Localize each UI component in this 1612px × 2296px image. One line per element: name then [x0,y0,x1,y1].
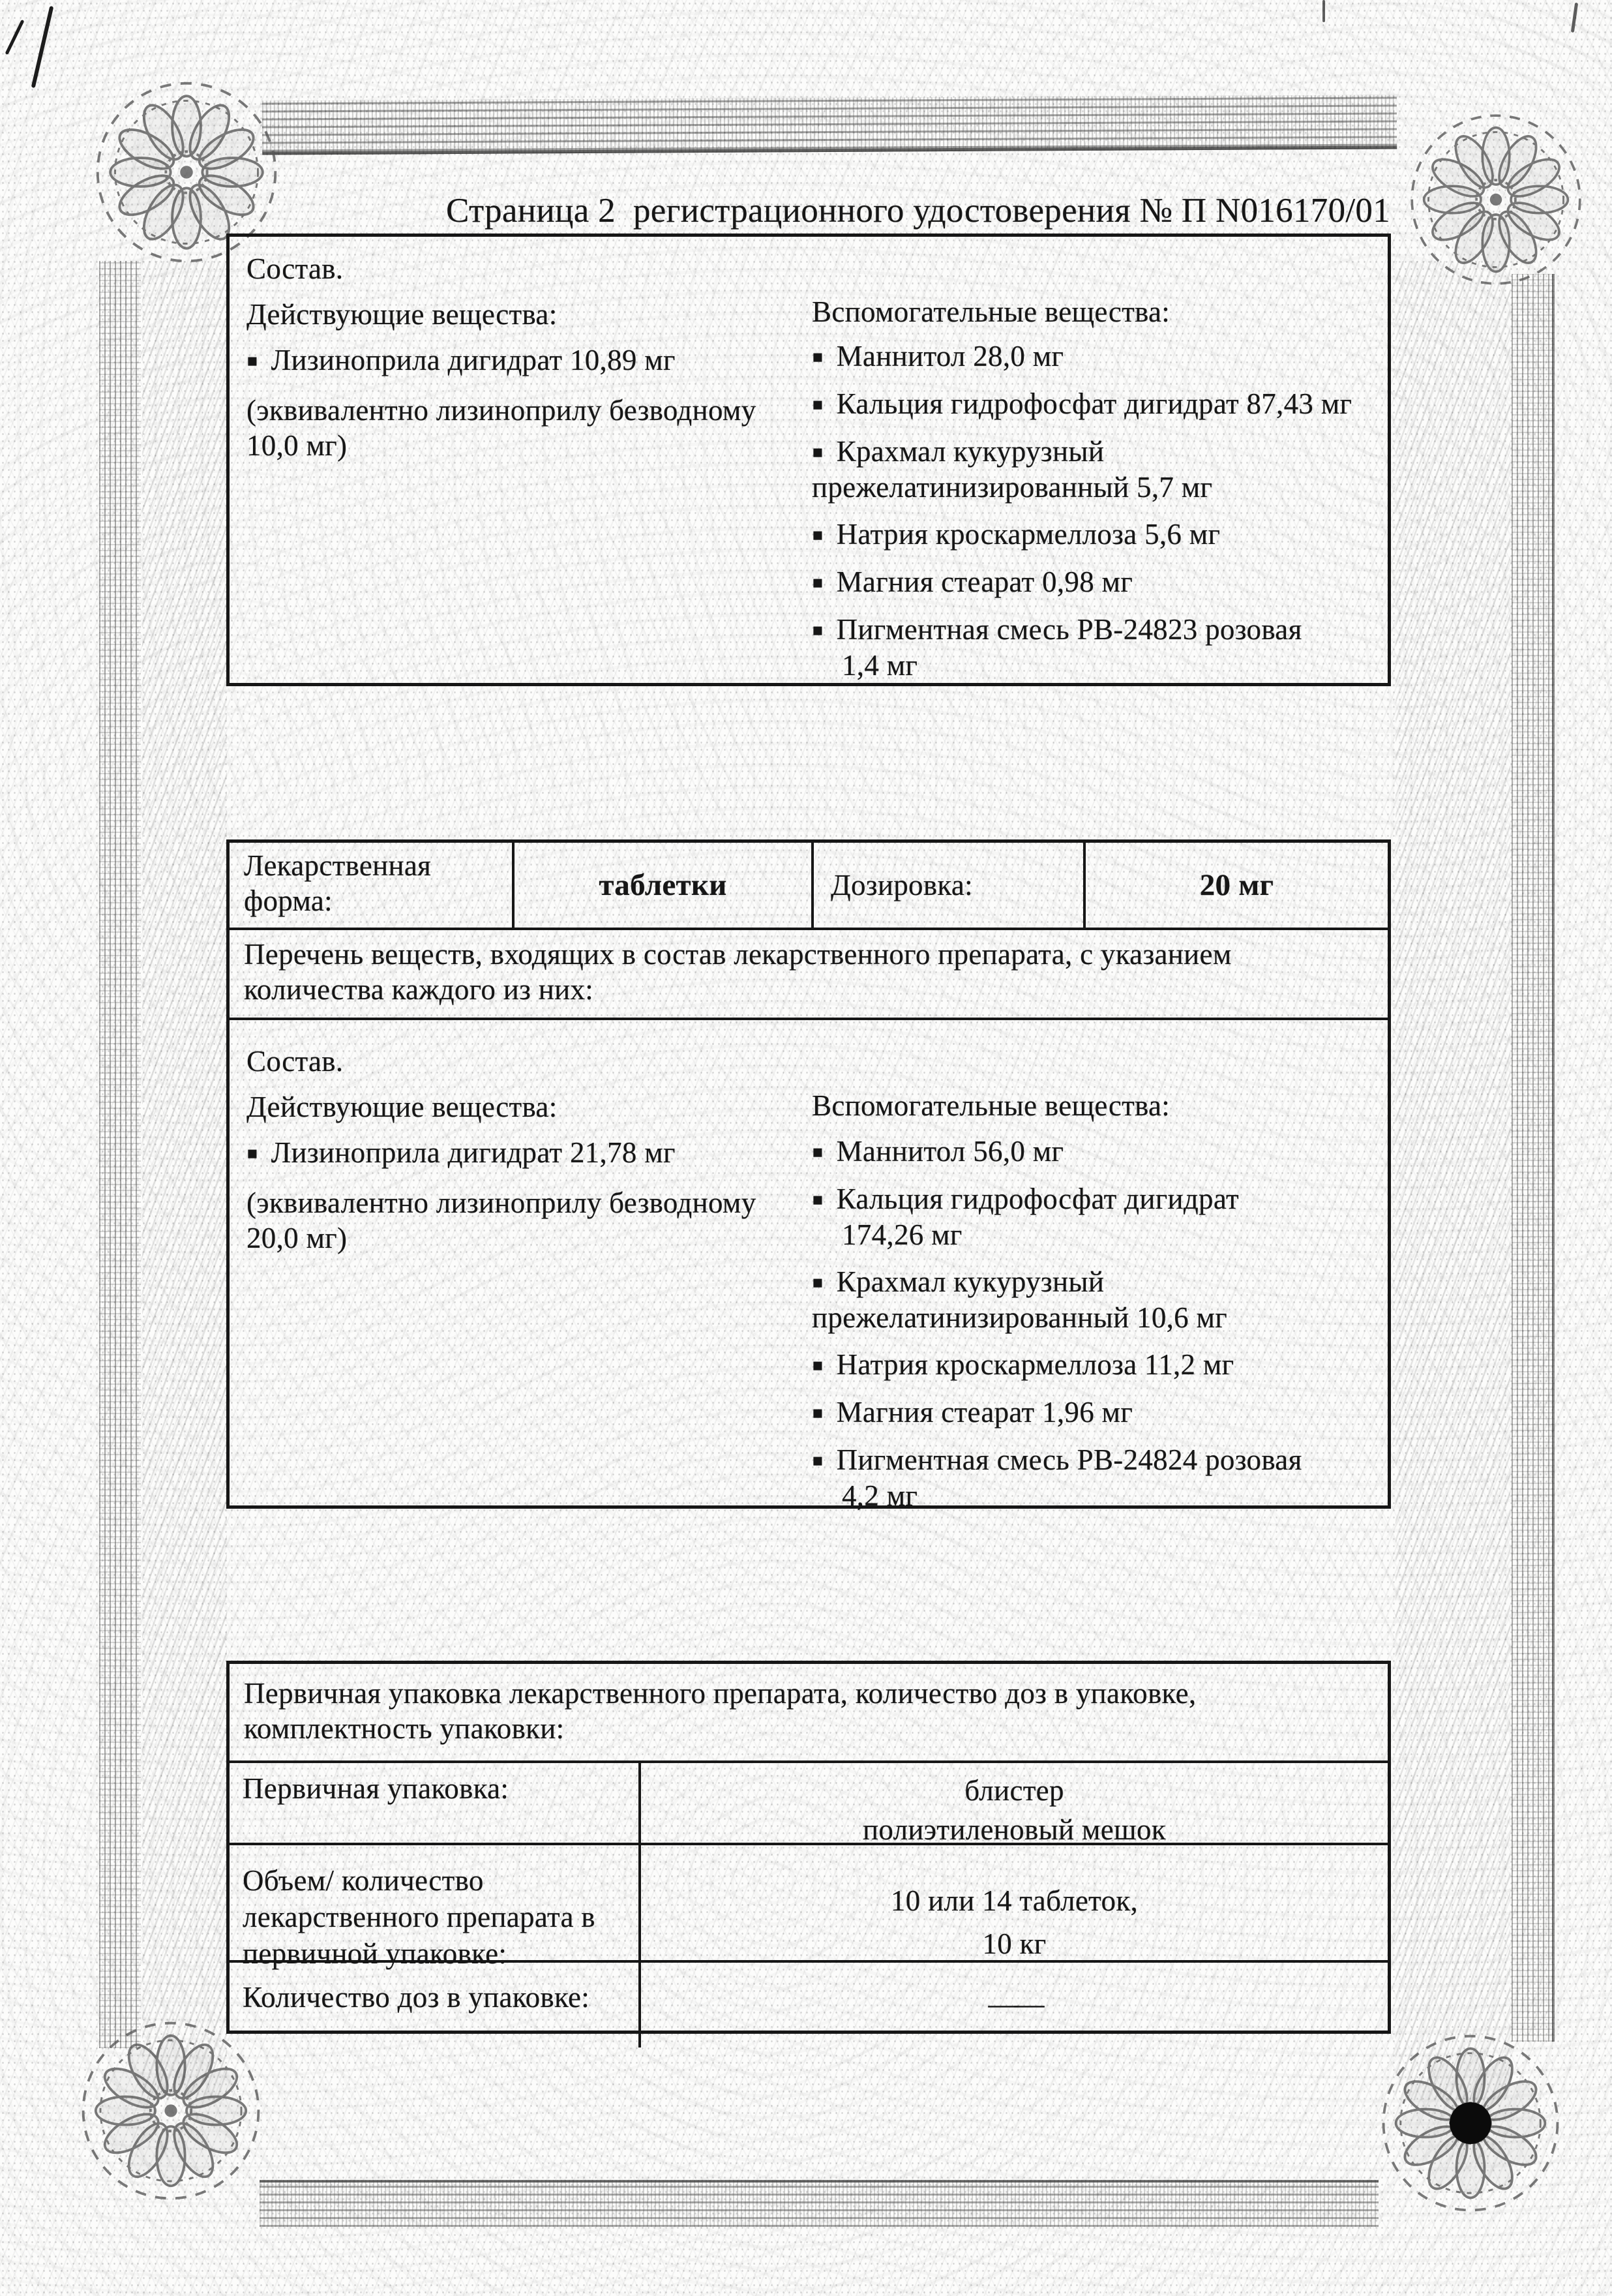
ink-dot [1450,2102,1491,2144]
list-item-text: Пигментная смесь РВ-24823 розовая [837,613,1302,646]
value-line: полиэтиленовый мешок [641,1810,1388,1849]
list-item: ▪Натрия кроскармеллоза 5,6 мг [812,517,1384,552]
pen-mark [31,6,54,88]
active-substances-column: Состав. Действующие вещества: ▪Лизинопри… [246,1044,807,1256]
substances-list-heading-row: Перечень веществ, входящих в состав лека… [230,928,1388,1018]
list-item-text: Кальция гидрофосфат дигидрат 87,43 мг [837,387,1352,420]
equivalence-note-line: 20,0 мг) [246,1220,807,1256]
list-item: ▪Лизиноприла дигидрат 21,78 мг [246,1135,807,1171]
composition-table-10mg: Состав. Действующие вещества: ▪Лизинопри… [226,234,1391,686]
primary-packaging-label: Первичная упаковка: [230,1763,641,1843]
equivalence-note-line: (эквивалентно лизиноприлу безводному [246,393,807,428]
list-item-continuation: прежелатинизированный 10,6 мг [812,1300,1384,1335]
list-item: ▪Кальция гидрофосфат дигидрат 87,43 мг [812,386,1384,422]
bullet-icon: ▪ [812,525,824,545]
list-item: ▪Кальция гидрофосфат дигидрат 174,26 мг [812,1181,1384,1252]
composition-section-20mg: Состав. Действующие вещества: ▪Лизинопри… [230,1018,1388,1518]
substances-list-heading: Перечень веществ, входящих в состав лека… [244,937,1300,1007]
scan-artifact [1322,0,1325,22]
packaging-table: Первичная упаковка лекарственного препар… [226,1661,1391,2034]
list-item-text: Маннитол 28,0 мг [837,340,1064,372]
list-item-continuation: 174,26 мг [842,1217,1384,1252]
margin-texture-left [142,261,227,2100]
margin-texture-right [1396,261,1510,2100]
excipients-column: Вспомогательные вещества: ▪Маннитол 28,0… [812,294,1384,683]
corner-rosette-icon [1406,110,1586,290]
page-header: Страница 2 регистрационного удостоверени… [230,190,1390,231]
list-item-text: Крахмал кукурузный [837,1265,1105,1298]
list-item-text: Натрия кроскармеллоза 5,6 мг [837,518,1221,551]
border-band-bottom [260,2180,1379,2227]
packaging-heading-row: Первичная упаковка лекарственного препар… [230,1664,1388,1760]
value-line: блистер [641,1771,1388,1810]
bullet-icon: ▪ [812,620,824,640]
equivalence-note-line: (эквивалентно лизиноприлу безводному [246,1185,807,1220]
list-item: ▪Магния стеарат 1,96 мг [812,1395,1384,1430]
list-item: ▪Крахмал кукурузный прежелатинизированны… [812,434,1384,505]
dose-label-cell: Дозировка: [814,843,1086,928]
section-title: Состав. [246,1044,807,1079]
list-item: ▪Натрия кроскармеллоза 11,2 мг [812,1347,1384,1383]
list-item: ▪Крахмал кукурузный прежелатинизированны… [812,1264,1384,1335]
dosage-form-table: Лекарственная форма: таблетки Дозировка:… [226,839,1391,1509]
value-line: 10 кг [641,1922,1388,1965]
doses-label: Количество доз в упаковке: [230,1963,641,2047]
label-line: Объем/ количество [243,1862,632,1899]
pen-mark [5,20,25,55]
bullet-icon: ▪ [812,347,824,367]
border-band-right [1512,274,1555,2042]
dosage-form-row: Лекарственная форма: таблетки Дозировка:… [230,843,1388,928]
bullet-icon: ▪ [812,395,824,414]
list-item: ▪Магния стеарат 0,98 мг [812,564,1384,600]
border-band-top [262,95,1397,155]
excipients-column: Вспомогательные вещества: ▪Маннитол 56,0… [812,1088,1384,1513]
bullet-icon: ▪ [812,573,824,592]
list-item-text: Натрия кроскармеллоза 11,2 мг [837,1348,1234,1381]
list-item-text: Лизиноприла дигидрат 21,78 мг [271,1136,676,1169]
list-item-text: Лизиноприла дигидрат 10,89 мг [271,344,676,376]
doses-row: Количество доз в упаковке: —— [230,1960,1388,2047]
section-title: Состав. [246,251,807,286]
list-item-text: Кальция гидрофосфат дигидрат [837,1183,1239,1215]
doses-value-dash: —— [641,1963,1388,2047]
list-item-continuation: 1,4 мг [842,648,1384,683]
scanned-registration-page: Страница 2 регистрационного удостоверени… [0,0,1612,2296]
list-item-text: Магния стеарат 1,96 мг [837,1396,1133,1428]
equivalence-note-line: 10,0 мг) [246,428,807,463]
active-substances-heading: Действующие вещества: [246,297,807,332]
bullet-icon: ▪ [246,351,258,370]
excipients-heading: Вспомогательные вещества: [812,1088,1384,1123]
bullet-icon: ▪ [812,1403,824,1423]
value-line: 10 или 14 таблеток, [641,1879,1388,1922]
packaging-heading: Первичная упаковка лекарственного препар… [244,1676,1261,1746]
form-value-cell: таблетки [515,843,814,928]
bullet-icon: ▪ [812,1273,824,1292]
list-item: ▪Лизиноприла дигидрат 10,89 мг [246,342,807,378]
bullet-icon: ▪ [246,1143,258,1163]
excipients-heading: Вспомогательные вещества: [812,294,1384,329]
list-item: ▪Маннитол 28,0 мг [812,339,1384,374]
volume-label: Объем/ количество лекарственного препара… [230,1845,641,1960]
list-item: ▪Пигментная смесь РВ-24823 розовая 1,4 м… [812,612,1384,683]
primary-packaging-value: блистер полиэтиленовый мешок [641,1763,1388,1843]
active-substances-heading: Действующие вещества: [246,1089,807,1125]
list-item-text: Маннитол 56,0 мг [837,1135,1064,1168]
list-item: ▪Пигментная смесь РВ-24824 розовая 4,2 м… [812,1442,1384,1513]
bullet-icon: ▪ [812,1190,824,1209]
list-item-text: Крахмал кукурузный [837,435,1105,468]
bullet-icon: ▪ [812,1451,824,1470]
primary-packaging-row: Первичная упаковка: блистер полиэтиленов… [230,1760,1388,1843]
bullet-icon: ▪ [812,1142,824,1162]
volume-row: Объем/ количество лекарственного препара… [230,1843,1388,1960]
bullet-icon: ▪ [812,442,824,462]
list-item: ▪Маннитол 56,0 мг [812,1134,1384,1170]
scan-artifact [1571,3,1578,33]
form-label-cell: Лекарственная форма: [230,843,515,928]
list-item-continuation: 4,2 мг [842,1478,1384,1513]
dose-value-cell: 20 мг [1086,843,1388,928]
bullet-icon: ▪ [812,1355,824,1375]
active-substances-column: Состав. Действующие вещества: ▪Лизинопри… [246,251,807,463]
list-item-text: Пигментная смесь РВ-24824 розовая [837,1443,1302,1476]
border-band-left [99,261,141,2048]
volume-value: 10 или 14 таблеток, 10 кг [641,1845,1388,1960]
label-line: лекарственного препарата в [243,1899,632,1935]
list-item-text: Магния стеарат 0,98 мг [837,566,1133,598]
list-item-continuation: прежелатинизированный 5,7 мг [812,470,1384,505]
